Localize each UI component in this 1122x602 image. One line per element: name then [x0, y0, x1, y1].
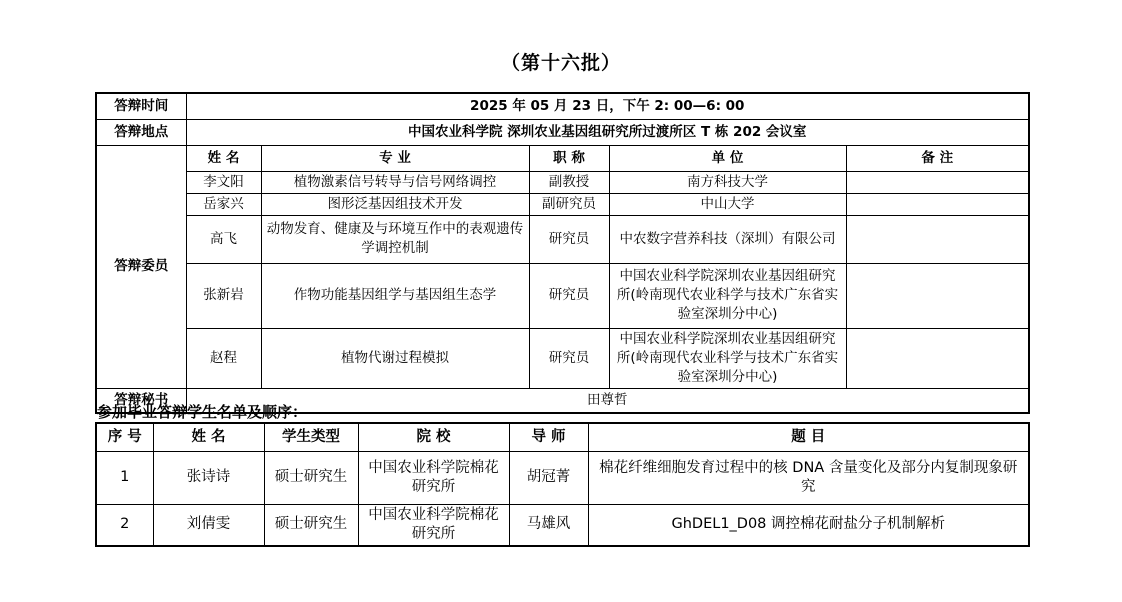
member-major: 植物激素信号转导与信号网络调控	[261, 171, 529, 193]
member-major: 植物代谢过程模拟	[261, 328, 529, 388]
student-no: 2	[96, 504, 153, 546]
student-advisor: 马雄风	[509, 504, 588, 546]
document-page: （第十六批） 答辩时间 2025 年 05 月 23 日，下午 2: 00—6:…	[0, 0, 1122, 602]
member-title: 研究员	[529, 263, 609, 328]
student-type: 硕士研究生	[264, 504, 358, 546]
member-unit: 中山大学	[609, 193, 846, 215]
students-header-type: 学生类型	[264, 423, 358, 451]
member-name: 岳家兴	[186, 193, 261, 215]
student-row: 2 刘倩雯 硕士研究生 中国农业科学院棉花研究所 马雄风 GhDEL1_D08 …	[96, 504, 1029, 546]
student-topic: 棉花纤维细胞发育过程中的核 DNA 含量变化及部分内复制现象研究	[588, 451, 1029, 504]
member-note	[846, 263, 1029, 328]
member-note	[846, 193, 1029, 215]
defense-location-label: 答辩地点	[96, 119, 186, 145]
member-unit: 南方科技大学	[609, 171, 846, 193]
member-unit: 中国农业科学院深圳农业基因组研究所(岭南现代农业科学与技术广东省实验室深圳分中心…	[609, 328, 846, 388]
member-major: 图形泛基因组技术开发	[261, 193, 529, 215]
student-advisor: 胡冠菁	[509, 451, 588, 504]
committee-member-row: 赵程 植物代谢过程模拟 研究员 中国农业科学院深圳农业基因组研究所(岭南现代农业…	[96, 328, 1029, 388]
students-header-name: 姓 名	[153, 423, 264, 451]
defense-location-value: 中国农业科学院 深圳农业基因组研究所过渡所区 T 栋 202 会议室	[186, 119, 1029, 145]
student-no: 1	[96, 451, 153, 504]
committee-member-row: 李文阳 植物激素信号转导与信号网络调控 副教授 南方科技大学	[96, 171, 1029, 193]
page-title: （第十六批）	[0, 48, 1122, 75]
students-section-heading: 参加毕业答辩学生名单及顺序：	[97, 401, 307, 422]
students-header-no: 序 号	[96, 423, 153, 451]
member-note	[846, 328, 1029, 388]
student-school: 中国农业科学院棉花研究所	[358, 451, 509, 504]
member-name: 张新岩	[186, 263, 261, 328]
committee-header-name: 姓 名	[186, 145, 261, 171]
defense-time-value: 2025 年 05 月 23 日，下午 2: 00—6: 00	[186, 93, 1029, 119]
defense-time-label: 答辩时间	[96, 93, 186, 119]
committee-label: 答辩委员	[96, 145, 186, 388]
committee-member-row: 岳家兴 图形泛基因组技术开发 副研究员 中山大学	[96, 193, 1029, 215]
member-name: 李文阳	[186, 171, 261, 193]
student-type: 硕士研究生	[264, 451, 358, 504]
committee-member-row: 张新岩 作物功能基因组学与基因组生态学 研究员 中国农业科学院深圳农业基因组研究…	[96, 263, 1029, 328]
member-note	[846, 215, 1029, 263]
student-name: 刘倩雯	[153, 504, 264, 546]
students-header-advisor: 导 师	[509, 423, 588, 451]
students-header-school: 院 校	[358, 423, 509, 451]
committee-header-unit: 单 位	[609, 145, 846, 171]
student-row: 1 张诗诗 硕士研究生 中国农业科学院棉花研究所 胡冠菁 棉花纤维细胞发育过程中…	[96, 451, 1029, 504]
student-name: 张诗诗	[153, 451, 264, 504]
student-topic: GhDEL1_D08 调控棉花耐盐分子机制解析	[588, 504, 1029, 546]
students-header-row: 序 号 姓 名 学生类型 院 校 导 师 题 目	[96, 423, 1029, 451]
member-name: 高飞	[186, 215, 261, 263]
committee-header-title: 职 称	[529, 145, 609, 171]
committee-header-row: 答辩委员 姓 名 专 业 职 称 单 位 备 注	[96, 145, 1029, 171]
secretary-value: 田尊哲	[186, 388, 1029, 413]
student-school: 中国农业科学院棉花研究所	[358, 504, 509, 546]
students-header-topic: 题 目	[588, 423, 1029, 451]
member-title: 研究员	[529, 215, 609, 263]
member-title: 副教授	[529, 171, 609, 193]
member-unit: 中国农业科学院深圳农业基因组研究所(岭南现代农业科学与技术广东省实验室深圳分中心…	[609, 263, 846, 328]
defense-info-table: 答辩时间 2025 年 05 月 23 日，下午 2: 00—6: 00 答辩地…	[95, 92, 1030, 414]
member-note	[846, 171, 1029, 193]
member-title: 副研究员	[529, 193, 609, 215]
member-unit: 中农数字营养科技（深圳）有限公司	[609, 215, 846, 263]
committee-header-note: 备 注	[846, 145, 1029, 171]
member-title: 研究员	[529, 328, 609, 388]
defense-time-row: 答辩时间 2025 年 05 月 23 日，下午 2: 00—6: 00	[96, 93, 1029, 119]
member-major: 动物发育、健康及与环境互作中的表观遗传学调控机制	[261, 215, 529, 263]
member-major: 作物功能基因组学与基因组生态学	[261, 263, 529, 328]
committee-member-row: 高飞 动物发育、健康及与环境互作中的表观遗传学调控机制 研究员 中农数字营养科技…	[96, 215, 1029, 263]
member-name: 赵程	[186, 328, 261, 388]
committee-header-major: 专 业	[261, 145, 529, 171]
students-table: 序 号 姓 名 学生类型 院 校 导 师 题 目 1 张诗诗 硕士研究生 中国农…	[95, 422, 1030, 547]
defense-location-row: 答辩地点 中国农业科学院 深圳农业基因组研究所过渡所区 T 栋 202 会议室	[96, 119, 1029, 145]
